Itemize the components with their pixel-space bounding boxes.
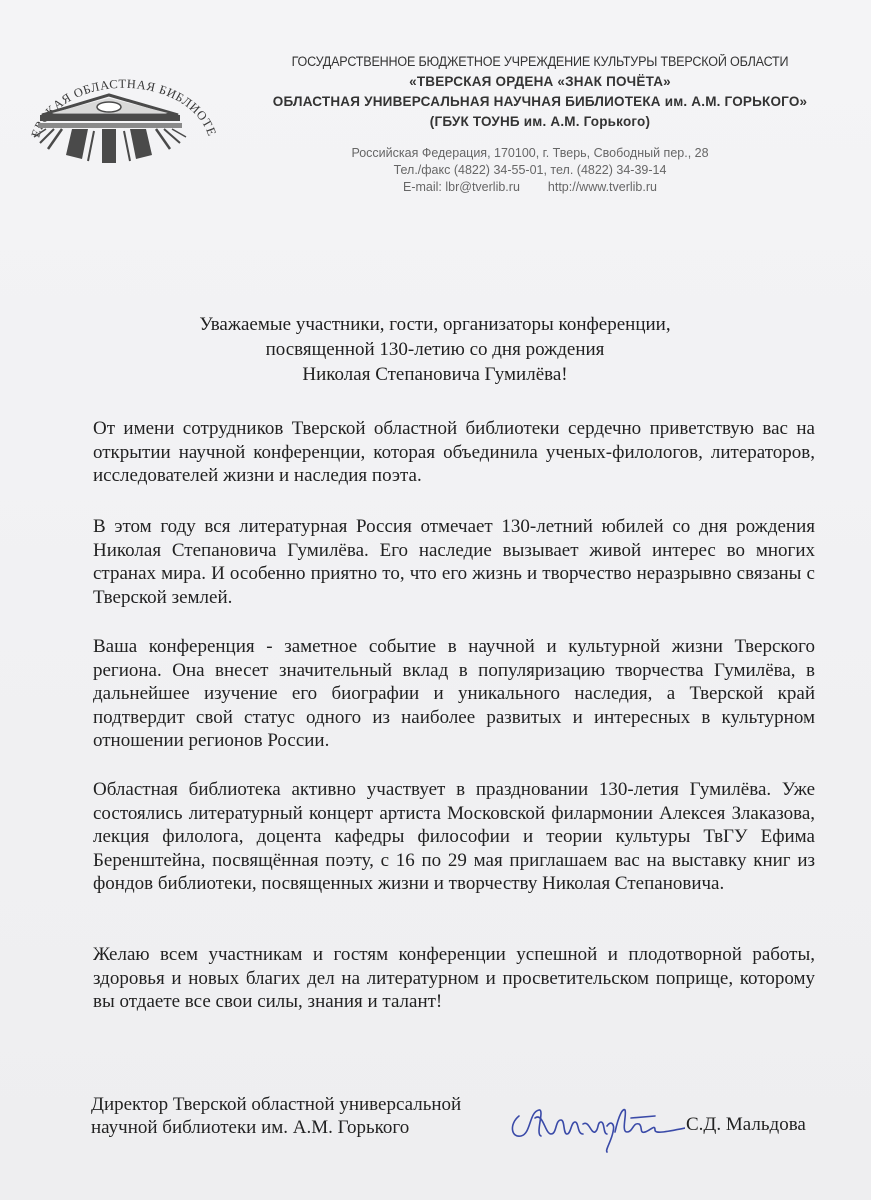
greeting: Уважаемые участники, гости, организаторы…	[150, 312, 720, 387]
signatory-title-line-1: Директор Тверской областной универсально…	[91, 1093, 511, 1116]
paragraph-2: В этом году вся литературная Россия отме…	[93, 515, 815, 609]
paragraph-3: Ваша конференция - заметное событие в на…	[93, 635, 815, 753]
handwritten-signature	[505, 1094, 685, 1154]
email-website-row: E-mail: lbr@tverlib.ruhttp://www.tverlib…	[300, 179, 760, 196]
greeting-line-3: Николая Степановича Гумилёва!	[150, 362, 720, 387]
paragraph-4: Областная библиотека активно участвует в…	[93, 778, 815, 896]
org-line-3: ОБЛАСТНАЯ УНИВЕРСАЛЬНАЯ НАУЧНАЯ БИБЛИОТЕ…	[250, 92, 830, 112]
address: Российская Федерация, 170100, г. Тверь, …	[300, 145, 760, 162]
paragraph-1: От имени сотрудников Тверской областной …	[93, 417, 815, 488]
email: E-mail: lbr@tverlib.ru	[403, 179, 520, 196]
greeting-line-2: посвященной 130-летию со дня рождения	[150, 337, 720, 362]
org-line-4: (ГБУК ТОУНБ им. А.М. Горького)	[250, 112, 830, 132]
signatory-title-line-2: научной библиотеки им. А.М. Горького	[91, 1116, 511, 1139]
greeting-line-1: Уважаемые участники, гости, организаторы…	[150, 312, 720, 337]
org-line-2: «ТВЕРСКАЯ ОРДЕНА «ЗНАК ПОЧЁТА»	[250, 72, 830, 92]
paragraph-5: Желаю всем участникам и гостям конференц…	[93, 943, 815, 1014]
letter-page: ТВЕРСКАЯ ОБЛАСТНАЯ БИБЛИОТЕКА ГОСУДАРСТВ…	[0, 0, 871, 1200]
library-logo: ТВЕРСКАЯ ОБЛАСТНАЯ БИБЛИОТЕКА	[12, 55, 232, 165]
org-line-1: ГОСУДАРСТВЕННОЕ БЮДЖЕТНОЕ УЧРЕЖДЕНИЕ КУЛ…	[270, 52, 809, 72]
signature-icon	[505, 1094, 685, 1154]
signatory-title: Директор Тверской областной универсально…	[91, 1093, 511, 1139]
signatory-name: С.Д. Мальдова	[686, 1113, 806, 1136]
contact-block: Российская Федерация, 170100, г. Тверь, …	[300, 145, 760, 196]
library-building-icon: ТВЕРСКАЯ ОБЛАСТНАЯ БИБЛИОТЕКА	[12, 55, 232, 165]
organization-header: ГОСУДАРСТВЕННОЕ БЮДЖЕТНОЕ УЧРЕЖДЕНИЕ КУЛ…	[250, 52, 830, 132]
website: http://www.tverlib.ru	[548, 179, 657, 196]
phones: Тел./факс (4822) 34-55-01, тел. (4822) 3…	[300, 162, 760, 179]
